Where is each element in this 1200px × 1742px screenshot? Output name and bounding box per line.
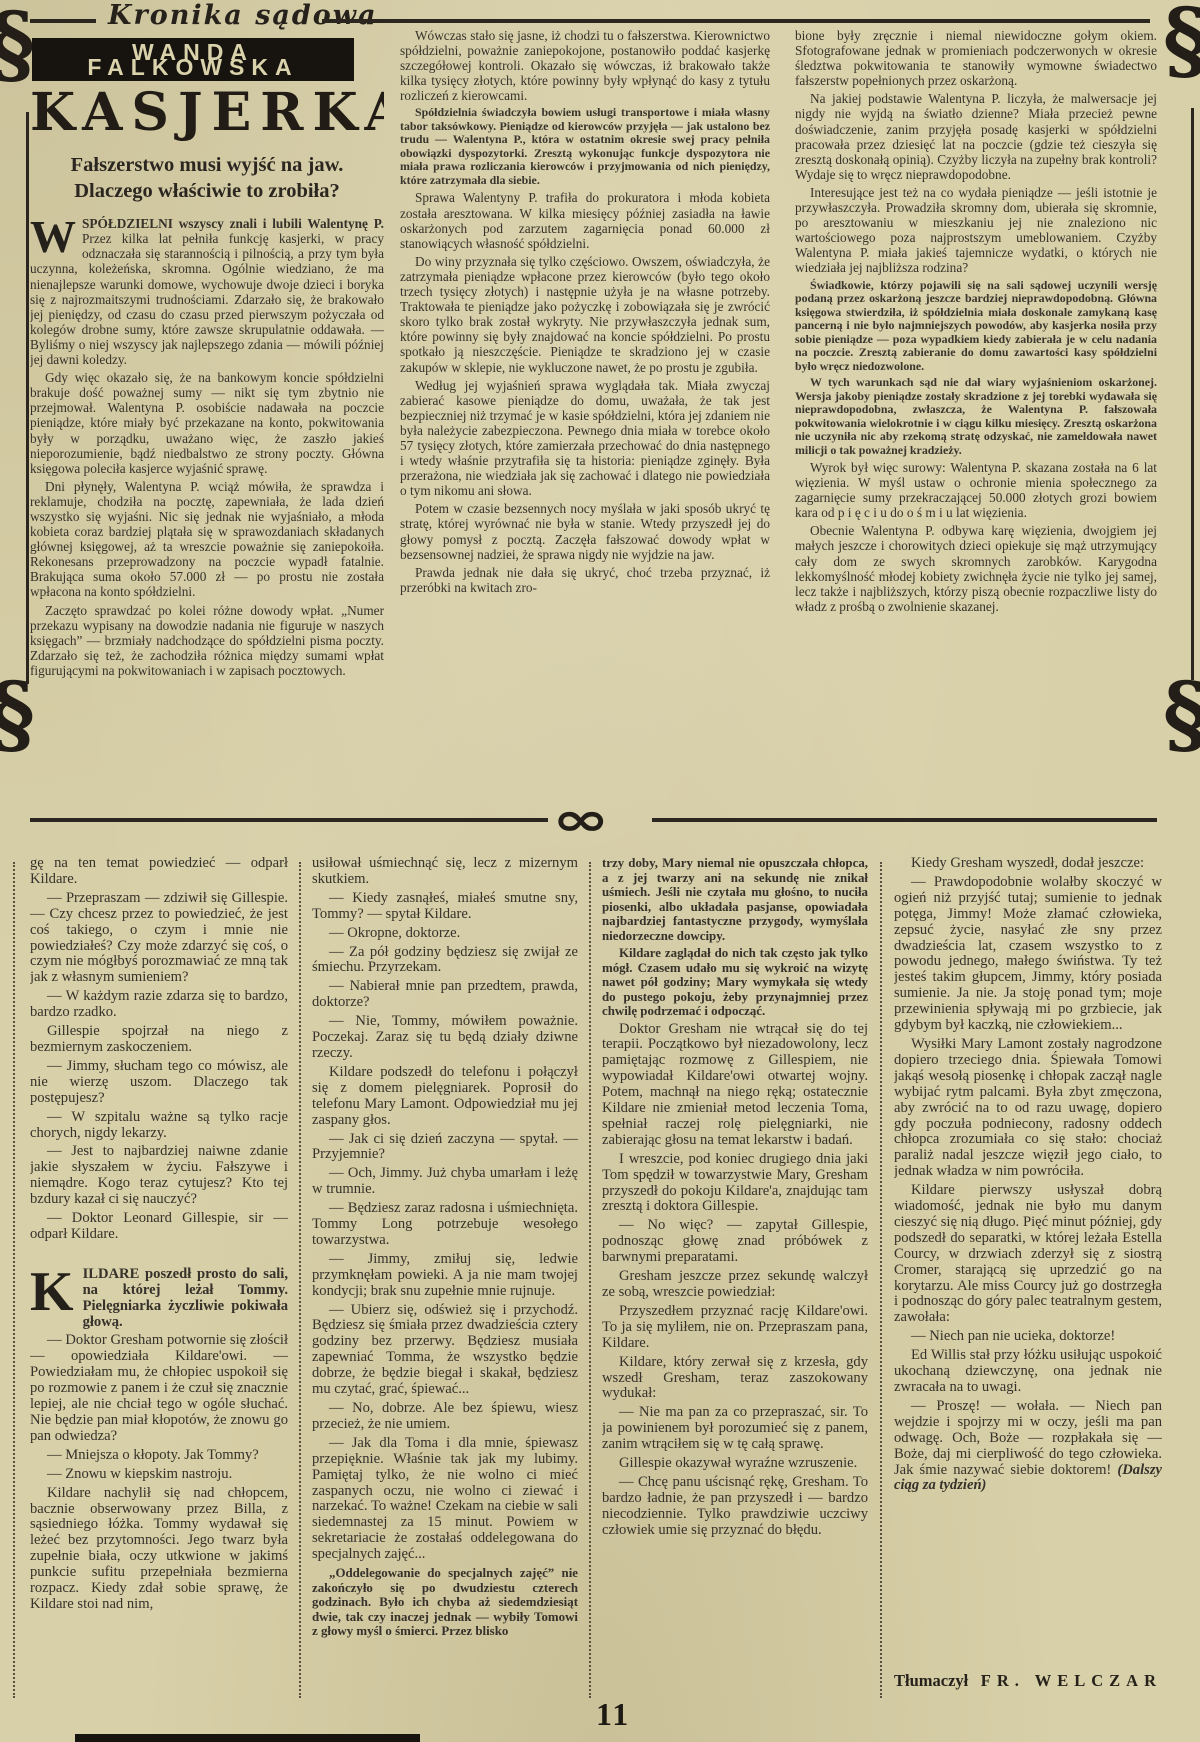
paragraph: Wysiłki Mary Lamont zostały nagrodzone d… bbox=[894, 1037, 1162, 1180]
section-mark-bottom-right-icon: § bbox=[1163, 672, 1200, 758]
paragraph: Do winy przyznała się tylko częściowo. O… bbox=[400, 254, 770, 375]
paragraph: Sprawa Walentyny P. trafiła do prokurato… bbox=[400, 190, 770, 250]
story-column-2: usiłował uśmiechnąć się, lecz z mizernym… bbox=[312, 856, 578, 1702]
paragraph: Kiedy Gresham wyszedł, dodał jeszcze: bbox=[894, 856, 1162, 872]
paragraph: bione były zręcznie i niemal niewidoczne… bbox=[795, 28, 1157, 88]
drop-cap: W bbox=[30, 216, 82, 256]
paragraph: — Jak ci się dzień zaczyna — spytał. — P… bbox=[312, 1132, 578, 1164]
paragraph: — Doktor Gresham potwornie się złościł —… bbox=[30, 1333, 288, 1444]
article-subtitle-line2: Dlaczego właściwie to zrobiła? bbox=[30, 178, 384, 204]
section-divider-right bbox=[652, 818, 1157, 822]
paragraph: — Chcę panu uścisnąć rękę, Gresham. To b… bbox=[602, 1475, 868, 1539]
story-column-1: gę na ten temat powiedzieć — odparł Kild… bbox=[30, 856, 288, 1702]
paragraph: Przyszedłem przyznać rację Kildare'owi. … bbox=[602, 1304, 868, 1352]
paragraph: trzy doby, Mary niemal nie opuszczała ch… bbox=[602, 856, 868, 943]
paragraph: — Jimmy, słucham tego co mówisz, ale nie… bbox=[30, 1059, 288, 1107]
dotted-separator bbox=[13, 862, 15, 1698]
header-rule-left bbox=[30, 19, 96, 23]
paragraph: — Mniejsza o kłopoty. Jak Tommy? bbox=[30, 1448, 288, 1464]
translator-name: FR. WELCZAR bbox=[981, 1671, 1162, 1691]
paragraph: Wyrok był więc surowy: Walentyna P. skaz… bbox=[795, 460, 1157, 520]
paragraph: — No, dobrze. Ale bez śpiewu, wiesz prze… bbox=[312, 1401, 578, 1433]
paragraph: W tych warunkach sąd nie dał wiary wyjaś… bbox=[795, 376, 1157, 457]
paragraph: — Nabierał mnie pan przedtem, prawda, do… bbox=[312, 979, 578, 1011]
article-column-1: WANDA FALKOWSKA KASJERKA Fałszerstwo mus… bbox=[30, 28, 384, 812]
paragraph: — Jimmy, zmiłuj się, ledwie przymknęłam … bbox=[312, 1252, 578, 1300]
paragraph: — Och, Jimmy. Już chyba umarłam i leżę w… bbox=[312, 1166, 578, 1198]
paragraph: Na jakiej podstawie Walentyna P. liczyła… bbox=[795, 91, 1157, 182]
dotted-separator bbox=[589, 862, 591, 1698]
paragraph: Interesujące jest też na co wydała pieni… bbox=[795, 185, 1157, 276]
paragraph: — Będziesz zaraz radosna i uśmiechnięta.… bbox=[312, 1201, 578, 1249]
story-column-3: trzy doby, Mary niemal nie opuszczała ch… bbox=[602, 856, 868, 1702]
paragraph: Zaczęto sprawdzać po kolei różne dowody … bbox=[30, 603, 384, 678]
story-column-4: Kiedy Gresham wyszedł, dodał jeszcze:— P… bbox=[894, 856, 1162, 1702]
paragraph: Ed Willis stał przy łóżku usiłując uspok… bbox=[894, 1348, 1162, 1396]
paragraph: — Nie, Tommy, mówiłem poważnie. Poczekaj… bbox=[312, 1014, 578, 1062]
paragraph: Kildare, który zerwał się z krzesła, gdy… bbox=[602, 1355, 868, 1403]
paragraph: Gresham jeszcze przez sekundę walczył ze… bbox=[602, 1269, 868, 1301]
paragraph: „Oddelegowanie do specjalnych zajęć” nie… bbox=[312, 1566, 578, 1639]
paragraph: Obecnie Walentyna P. odbywa karę więzien… bbox=[795, 523, 1157, 614]
paragraph: I wreszcie, pod koniec drugiego dnia jak… bbox=[602, 1152, 868, 1216]
dotted-separator bbox=[299, 862, 301, 1698]
left-margin-rule bbox=[26, 112, 29, 684]
article-column-1-text: WSPÓŁDZIELNI wszyscy znali i lubili Wale… bbox=[30, 216, 384, 678]
paragraph: Potem w czasie bezsennych nocy myślała w… bbox=[400, 501, 770, 561]
paragraph: KILDARE poszedł prosto do sali, na które… bbox=[30, 1267, 288, 1331]
paragraph: gę na ten temat powiedzieć — odparł Kild… bbox=[30, 856, 288, 888]
paragraph: Kildare zaglądał do nich tak często jak … bbox=[602, 946, 868, 1019]
paragraph: — Prawdopodobnie wolałby skoczyć w ogień… bbox=[894, 875, 1162, 1034]
paragraph: — Nie ma pan za co przepraszać, sir. To … bbox=[602, 1405, 868, 1453]
section-divider-left bbox=[30, 818, 548, 822]
paragraph: — Za pół godziny będziesz się zwijał ze … bbox=[312, 945, 578, 977]
paragraph: Kildare nachylił się nad chłopcem, baczn… bbox=[30, 1486, 288, 1613]
article-subtitle-line1: Fałszerstwo musi wyjść na jaw. bbox=[30, 152, 384, 178]
paragraph: Świadkowie, którzy pojawili się na sali … bbox=[795, 279, 1157, 374]
paragraph: — Doktor Leonard Gillespie, sir — odparł… bbox=[30, 1211, 288, 1243]
right-margin-rule bbox=[1191, 108, 1194, 680]
header-rule-right bbox=[322, 19, 1150, 23]
drop-cap: K bbox=[30, 1267, 83, 1316]
section-mark-top-right-icon: § bbox=[1163, 0, 1200, 84]
paragraph: — W szpitalu ważne są tylko racje choryc… bbox=[30, 1110, 288, 1142]
paragraph: Dni płynęły, Walentyna P. wciąż mówiła, … bbox=[30, 479, 384, 600]
paragraph: Wówczas stało się jasne, iż chodzi tu o … bbox=[400, 28, 770, 103]
rubric-title: Kronika sądowa bbox=[108, 0, 378, 31]
page-number: 11 bbox=[596, 1696, 630, 1733]
paragraph: — Przepraszam — zdziwił się Gillespie. —… bbox=[30, 891, 288, 986]
magazine-page: Kronika sądowa § § § § WANDA FALKOWSKA K… bbox=[0, 0, 1200, 1742]
paragraph: — Kiedy zasnąłeś, miałeś smutne sny, Tom… bbox=[312, 891, 578, 923]
paragraph: — Jak dla Toma i dla mnie, śpiewasz prze… bbox=[312, 1436, 578, 1563]
paragraph: — Okropne, doktorze. bbox=[312, 926, 578, 942]
dotted-separator bbox=[880, 862, 882, 1698]
paragraph: — Jest to najbardziej naiwne zdanie jaki… bbox=[30, 1144, 288, 1208]
scan-artifact-strip bbox=[75, 1734, 420, 1742]
paragraph: Spółdzielnia świadczyła bowiem usługi tr… bbox=[400, 106, 770, 187]
paragraph: — Znowu w kiepskim nastroju. bbox=[30, 1467, 288, 1483]
paragraph: Gillespie spojrzał na niego z bezmiernym… bbox=[30, 1024, 288, 1056]
infinity-divider-icon: ∞ bbox=[552, 792, 609, 846]
translator-credit: Tłumaczył FR. WELCZAR bbox=[894, 1671, 1162, 1691]
paragraph: — Ubierz się, odśwież się i przychodź. B… bbox=[312, 1303, 578, 1398]
paragraph: — No więc? — zapytał Gillespie, podnoszą… bbox=[602, 1218, 868, 1266]
continuation-note: (Dalszy ciąg za tydzień) bbox=[894, 1462, 1162, 1494]
paragraph: Według jej wyjaśnień sprawa wyglądała ta… bbox=[400, 378, 770, 499]
paragraph: — W każdym razie zdarza się to bardzo, b… bbox=[30, 989, 288, 1021]
translator-label: Tłumaczył bbox=[894, 1671, 968, 1691]
author-banner: WANDA FALKOWSKA bbox=[32, 38, 354, 81]
paragraph: Gillespie okazywał wyraźne wzruszenie. bbox=[602, 1456, 868, 1472]
paragraph: Doktor Gresham nie wtrącał się do tej te… bbox=[602, 1022, 868, 1149]
paragraph: WSPÓŁDZIELNI wszyscy znali i lubili Wale… bbox=[30, 216, 384, 367]
article-column-2: Wówczas stało się jasne, iż chodzi tu o … bbox=[400, 28, 770, 812]
paragraph: — Niech pan nie ucieka, doktorze! bbox=[894, 1329, 1162, 1345]
paragraph: Kildare podszedł do telefonu i połączył … bbox=[312, 1065, 578, 1129]
paragraph: usiłował uśmiechnąć się, lecz z mizernym… bbox=[312, 856, 578, 888]
article-title: KASJERKA bbox=[30, 84, 384, 142]
paragraph: — Proszę! — wołała. — Niech pan wejdzie … bbox=[894, 1399, 1162, 1494]
article-column-3: bione były zręcznie i niemal niewidoczne… bbox=[795, 28, 1157, 812]
paragraph: Gdy więc okazało się, że na bankowym kon… bbox=[30, 370, 384, 476]
paragraph: Kildare pierwszy usłyszał dobrą wiadomoś… bbox=[894, 1183, 1162, 1326]
paragraph: Prawda jednak nie dała się ukryć, choć t… bbox=[400, 565, 770, 595]
